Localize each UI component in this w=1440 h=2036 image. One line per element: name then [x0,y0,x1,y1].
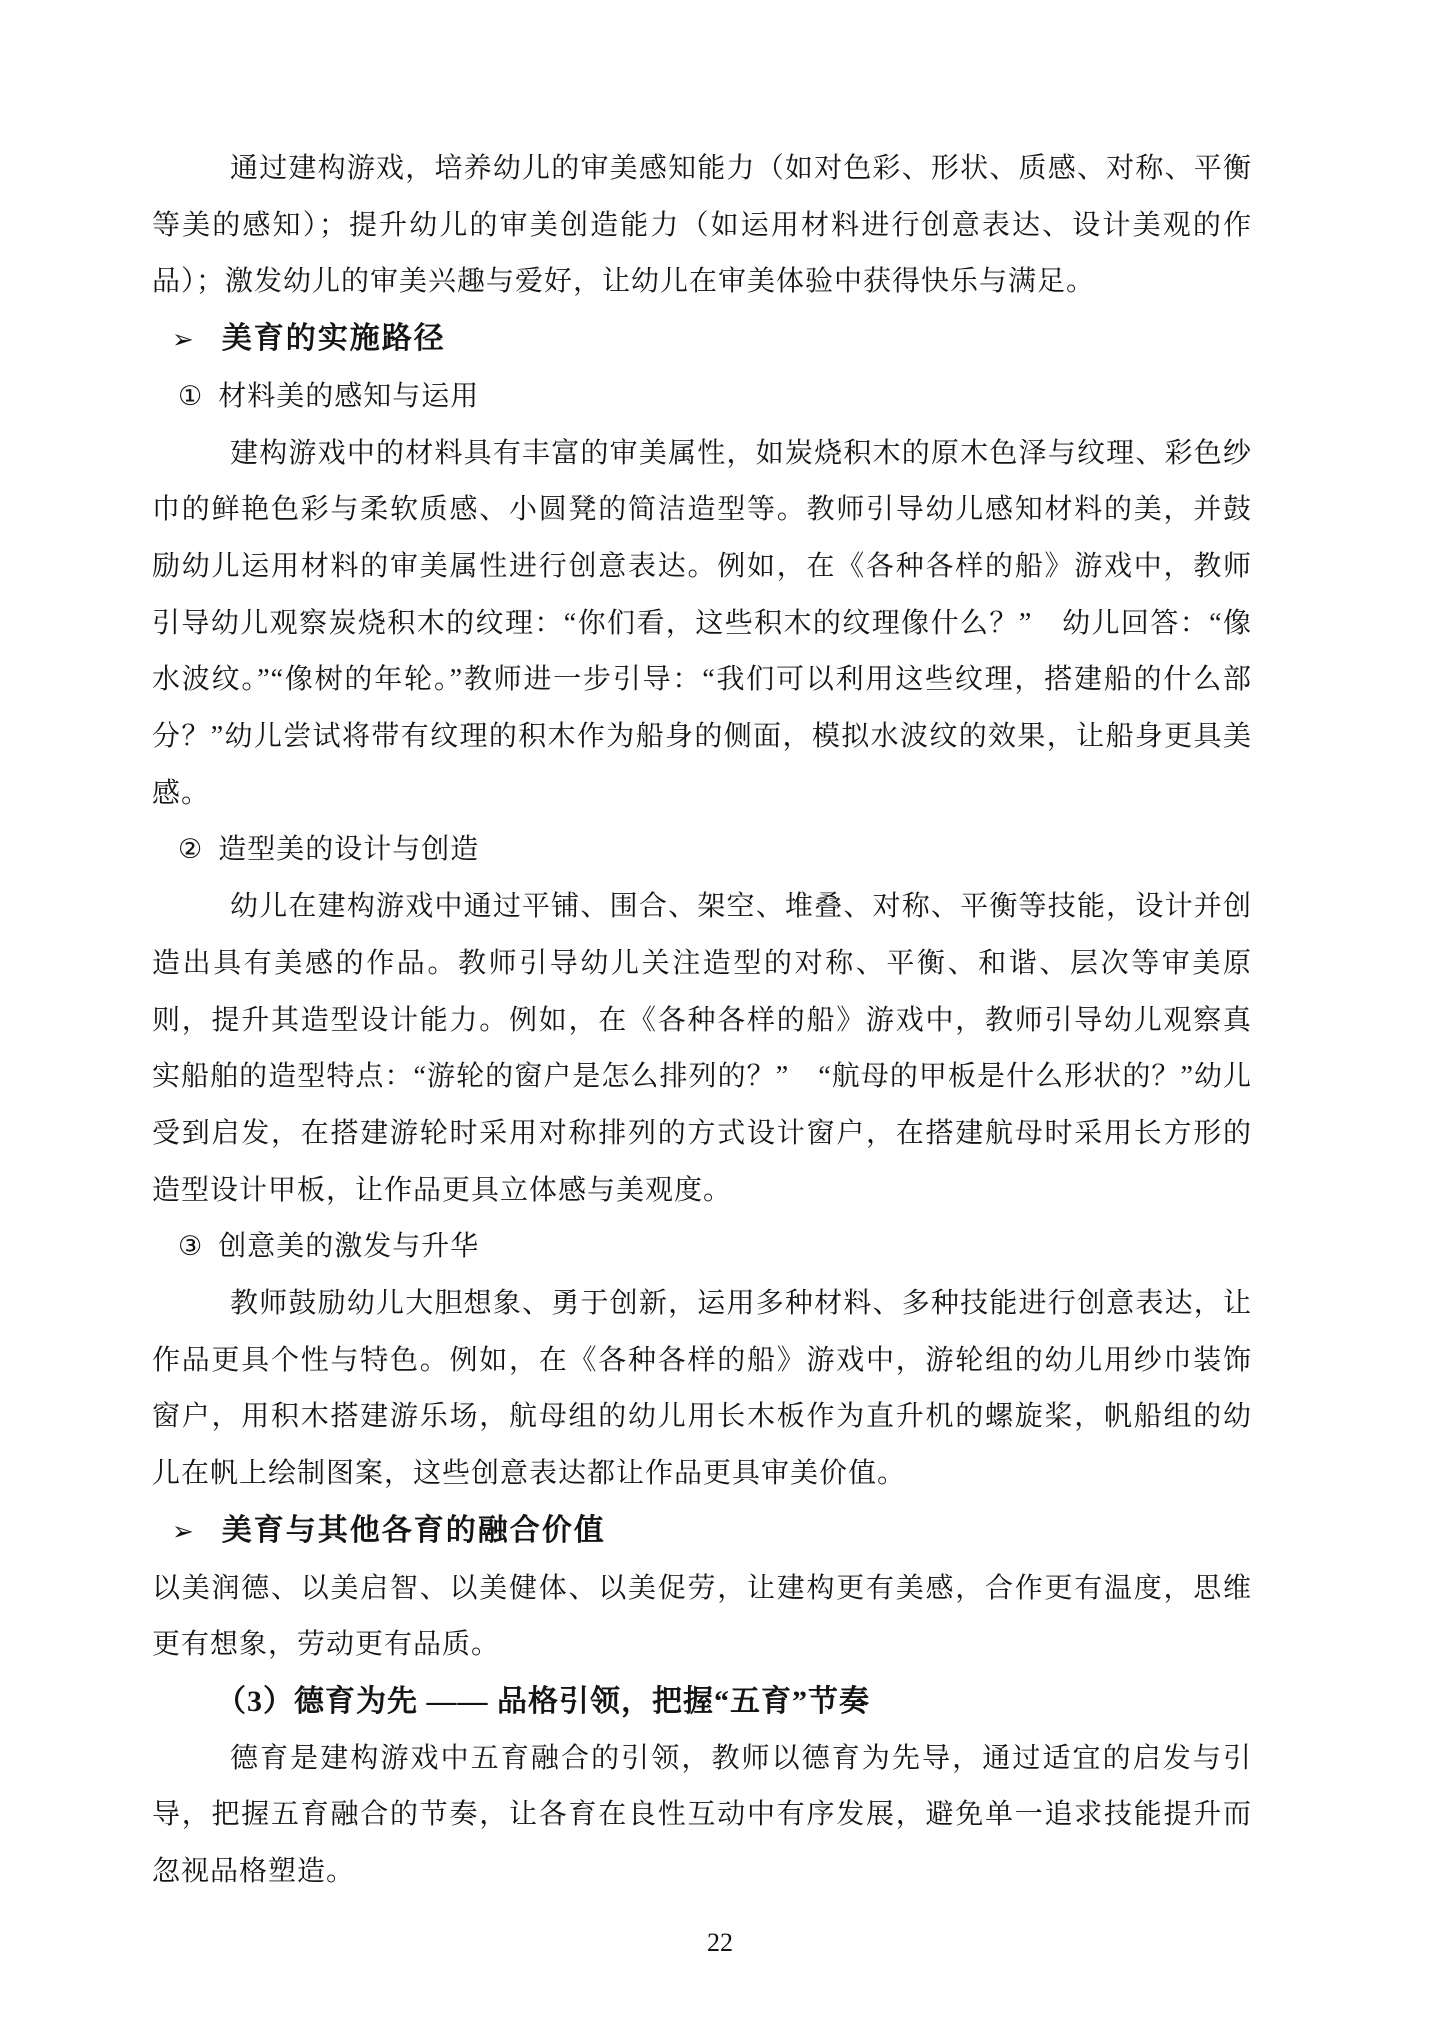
arrow-bullet-icon: ➢ [172,1517,194,1547]
page-number-value: 22 [707,1928,733,1957]
subheading-shape-beauty: ②造型美的设计与创造 [152,822,1252,879]
page-number: 22 [0,1928,1440,1958]
circled-two-icon: ② [178,834,203,865]
heading-aesthetic-paths-label: 美育的实施路径 [222,322,446,355]
subheading-material-beauty: ①材料美的感知与运用 [152,369,1252,426]
circled-three-icon: ③ [178,1231,203,1262]
paragraph-fusion-value: 以美润德、以美启智、以美健体、以美促劳，让建构更有美感，合作更有温度，思维更有想… [152,1561,1252,1674]
heading-fusion-value-label: 美育与其他各育的融合价值 [222,1514,606,1547]
subheading-material-beauty-label: 材料美的感知与运用 [218,381,479,412]
circled-one-icon: ① [178,381,203,412]
heading-fusion-value: ➢美育与其他各育的融合价值 [152,1503,1252,1561]
paragraph-moral-education: 德育是建构游戏中五育融合的引领，教师以德育为先导，通过适宜的启发与引导，把握五育… [152,1731,1252,1901]
subheading-shape-beauty-label: 造型美的设计与创造 [218,834,479,865]
paragraph-intro: 通过建构游戏，培养幼儿的审美感知能力（如对色彩、形状、质感、对称、平衡等美的感知… [152,141,1252,311]
subheading-creative-beauty-label: 创意美的激发与升华 [218,1231,479,1262]
paragraph-material-beauty: 建构游戏中的材料具有丰富的审美属性，如炭烧积木的原木色泽与纹理、彩色纱巾的鲜艳色… [152,426,1252,823]
paragraph-shape-beauty: 幼儿在建构游戏中通过平铺、围合、架空、堆叠、对称、平衡等技能，设计并创造出具有美… [152,879,1252,1219]
subheading-creative-beauty: ③创意美的激发与升华 [152,1219,1252,1276]
heading-moral-education: （3）德育为先 —— 品格引领，把握“五育”节奏 [152,1674,1252,1731]
heading-aesthetic-paths: ➢美育的实施路径 [152,311,1252,369]
document-page: 通过建构游戏，培养幼儿的审美感知能力（如对色彩、形状、质感、对称、平衡等美的感知… [0,0,1440,2036]
arrow-bullet-icon: ➢ [172,325,194,355]
paragraph-creative-beauty: 教师鼓励幼儿大胆想象、勇于创新，运用多种材料、多种技能进行创意表达，让作品更具个… [152,1276,1252,1503]
